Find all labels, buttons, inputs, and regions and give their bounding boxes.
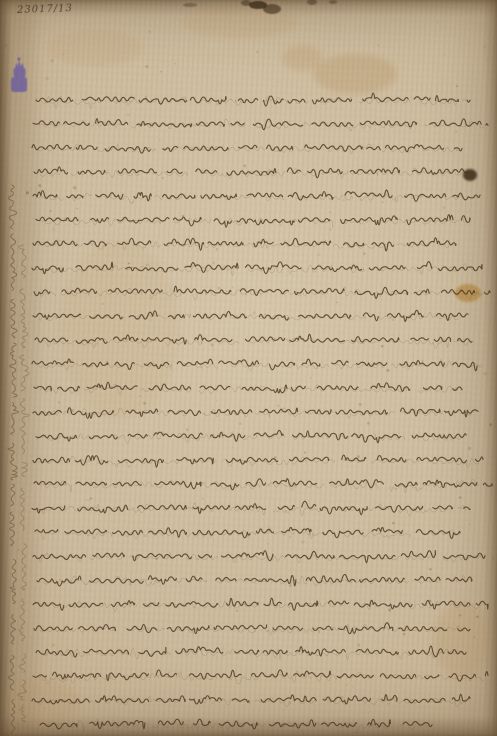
ink-stamp-icon: [7, 55, 31, 99]
archive-number: 23017/13: [17, 3, 73, 16]
handwriting-svg: [0, 0, 497, 736]
manuscript-page: 23017/13: [0, 0, 497, 736]
marginalia-vertical-group: [8, 185, 29, 734]
